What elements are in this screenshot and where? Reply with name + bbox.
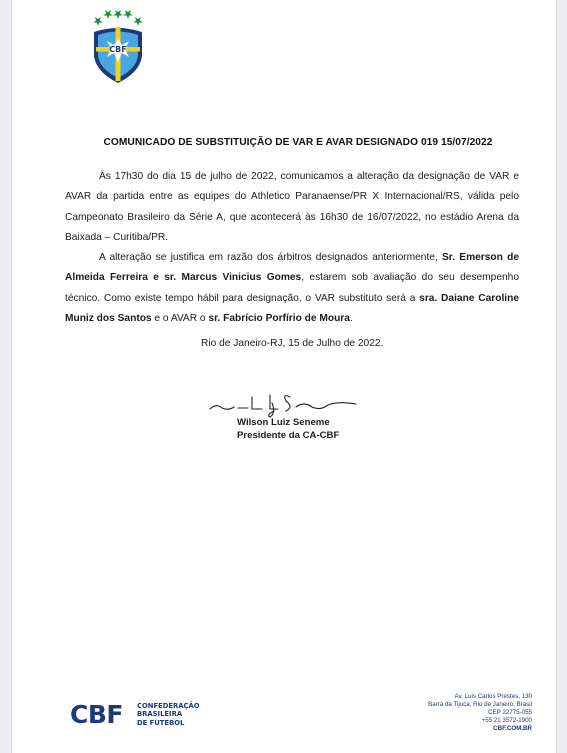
address-postal-code: CEP 22775-055 xyxy=(428,709,532,717)
place-date: Rio de Janeiro-RJ, 15 de Julho de 2022. xyxy=(201,338,383,349)
website-link[interactable]: CBF.COM.BR xyxy=(428,725,532,733)
document-page: CBF COMUNICADO DE SUBSTITUIÇÃO DE VAR E … xyxy=(11,0,557,753)
org-name-line: DE FUTEBOL xyxy=(137,719,200,727)
address-street: Av. Luis Carlos Prestes, 130 xyxy=(428,693,532,701)
cbf-logo-text: CBF xyxy=(70,700,123,729)
cbf-crest-icon: CBF xyxy=(90,10,146,84)
paragraph-1: Às 17h30 do dia 15 de julho de 2022, com… xyxy=(65,167,519,248)
document-body: Às 17h30 do dia 15 de julho de 2022, com… xyxy=(65,167,519,329)
signer-name: Wilson Luiz Seneme xyxy=(237,416,339,429)
p2-text-1: A alteração se justifica em razão dos ár… xyxy=(99,252,442,263)
svg-text:CBF: CBF xyxy=(109,45,126,54)
org-name: CONFEDERAÇÃO BRASILEIRA DE FUTEBOL xyxy=(137,702,200,727)
address-city: Barra da Tijuca, Rio de Janeiro, Brasil xyxy=(428,701,532,709)
document-title: COMUNICADO DE SUBSTITUIÇÃO DE VAR E AVAR… xyxy=(12,137,556,148)
org-name-line: BRASILEIRA xyxy=(137,710,200,718)
org-name-line: CONFEDERAÇÃO xyxy=(137,702,200,710)
p2-text-3: e o AVAR o xyxy=(152,313,209,324)
substitute-avar: sr. Fabrício Porfírio de Moura xyxy=(208,313,350,324)
footer-logo: CBF CONFEDERAÇÃO BRASILEIRA DE FUTEBOL xyxy=(70,700,200,729)
signature-icon xyxy=(208,387,358,419)
signer-block: Wilson Luiz Seneme Presidente da CA-CBF xyxy=(237,416,339,442)
paragraph-2: A alteração se justifica em razão dos ár… xyxy=(65,248,519,329)
signer-role: Presidente da CA-CBF xyxy=(237,429,339,442)
p2-text-4: . xyxy=(350,313,353,324)
footer-address: Av. Luis Carlos Prestes, 130 Barra da Ti… xyxy=(428,693,532,733)
address-phone: +55 21 3572-1900 xyxy=(428,717,532,725)
